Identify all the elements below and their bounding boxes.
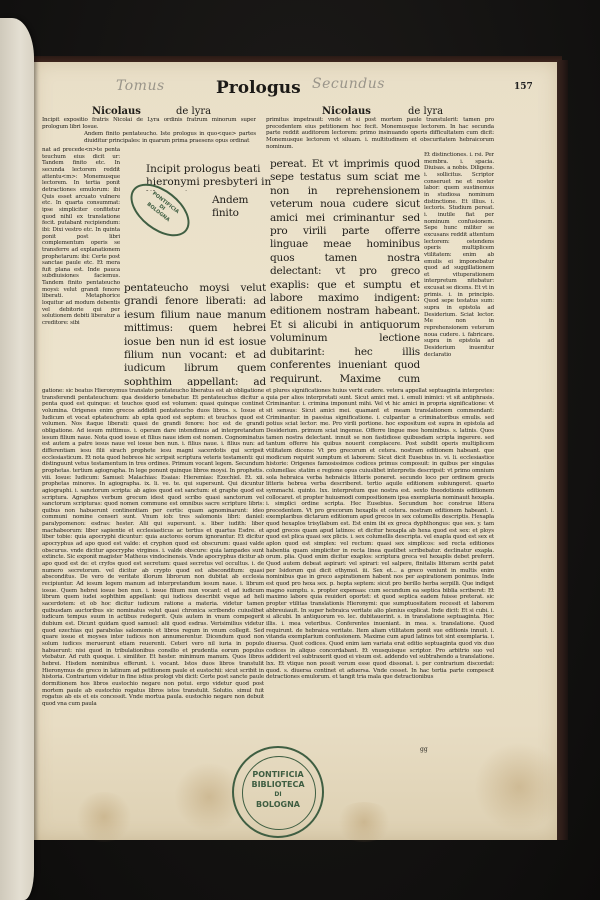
library-stamp-round: PONTIFICIA BIBLIOTECA DI BOLOGNA [232,746,324,838]
gloss-top-left-text: Andem finito pentateucho. Iste prologus … [84,131,256,144]
commentary-left-margin-text: nat ad precede<n>te penta teuchum eius d… [42,147,120,327]
commentary-right-margin-text: Et distinctiones. i. rsi. Per membra. i.… [424,152,494,358]
signature-mark: gg [420,746,428,753]
gloss-top-right: primitus impetrauit: vnde et si post mor… [266,117,494,151]
prologue-text-column-2-text: pereat. Et vt imprimis quod sepe testatu… [270,158,420,386]
page-header: Tomus Prologus Secundus 157 [34,76,557,100]
column-head-left-name: Nicolaus [92,106,141,117]
commentary-lower-right-text: et plures significationes huius verbi cu… [266,388,494,681]
running-title: Prologus [216,78,301,98]
prologue-text-column-2: pereat. Et vt imprimis quod sepe testatu… [270,158,420,386]
book-binding-right-edge [556,60,568,840]
handwritten-note-tomus: Tomus [116,78,165,94]
commentary-lower-left-text: gatione: sic beatus Hieronymus translato… [42,388,264,708]
foxing-stain [474,742,564,832]
column-head-right-surname: de lyra [408,106,443,117]
book-page: Tomus Prologus Secundus 157 Nicolaus de … [34,62,557,840]
exposition-incipit-text: Incipit expositio fratris Nicolai de Lyr… [42,117,256,130]
gloss-top-left: Andem finito pentateucho. Iste prologus … [84,131,256,145]
commentary-lower-left-column: gatione: sic beatus Hieronymus translato… [42,388,264,752]
prologue-incipit-text: Incipit prologus beati hieronymi presbyt… [146,163,276,191]
exposition-incipit: Incipit expositio fratris Nicolai de Lyr… [42,117,256,130]
gloss-top-right-text: primitus impetrauit: vnde et si post mor… [266,117,494,150]
handwritten-note-secundus: Secundus [312,76,385,92]
commentary-right-margin: Et distinctiones. i. rsi. Per membra. i.… [424,152,494,386]
column-head-right-name: Nicolaus [322,106,371,117]
foxing-stain [74,792,134,842]
prologue-incipit-title: Incipit prologus beati hieronymi presbyt… [146,163,276,191]
foxing-stain [334,802,394,842]
folio-number: 157 [514,82,533,92]
stamp-inner-ring [242,756,316,830]
facing-page-edge [0,18,34,900]
column-head-left-surname: de lyra [176,106,211,117]
commentary-left-margin: nat ad precede<n>te penta teuchum eius d… [42,147,120,385]
commentary-lower-right-column: et plures significationes huius verbi cu… [266,388,494,745]
